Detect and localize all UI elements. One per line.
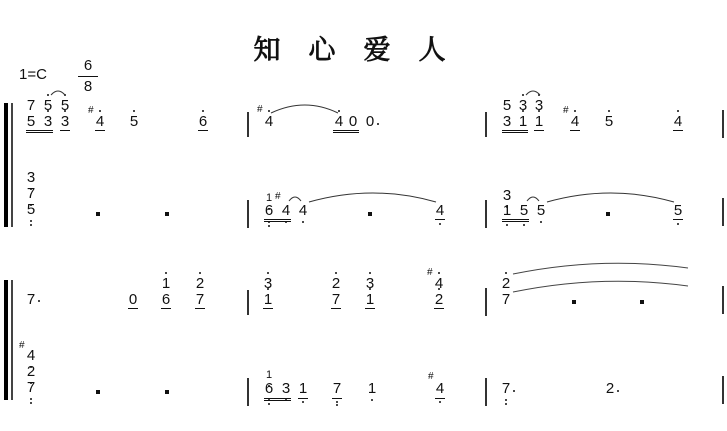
sharp-sign: # (257, 105, 263, 115)
note: 1 (297, 381, 309, 397)
note: 0 (347, 114, 359, 130)
tie (288, 194, 302, 202)
underline (673, 130, 683, 131)
note: 4 (569, 114, 581, 130)
note: 2 (433, 292, 445, 308)
underline (264, 221, 291, 222)
underline (434, 308, 444, 309)
note: 5 (25, 202, 37, 218)
underline (26, 132, 53, 133)
extension-dot (368, 212, 372, 216)
note: 2 (194, 276, 206, 292)
note: 4 (280, 203, 292, 219)
barline (247, 200, 249, 228)
note: 5 (25, 114, 37, 130)
note: 6 (263, 203, 275, 219)
sharp-sign: # (19, 341, 25, 351)
underline (95, 130, 105, 131)
barline (722, 198, 724, 226)
time-signature-line (78, 76, 98, 77)
note: 4 (333, 114, 345, 130)
underline (128, 308, 138, 309)
underline (570, 130, 580, 131)
system-1-bracket (4, 103, 8, 227)
augmentation-dot (617, 390, 619, 392)
note: 1 (501, 203, 513, 219)
tie (512, 262, 690, 276)
note: 7 (25, 186, 37, 202)
note: 2 (330, 276, 342, 292)
barline (247, 290, 249, 315)
note: 5 (672, 203, 684, 219)
note: 7 (500, 292, 512, 308)
time-signature-numerator: 6 (78, 57, 98, 75)
note: 5 (501, 98, 513, 114)
barline (247, 378, 249, 406)
extension-dot (165, 212, 169, 216)
note: 1 (366, 381, 378, 397)
underline (264, 400, 291, 401)
note: 7 (25, 98, 37, 114)
underline (333, 130, 359, 131)
extension-dot (640, 300, 644, 304)
note: 5 (518, 203, 530, 219)
note: 2 (500, 276, 512, 292)
barline (485, 112, 487, 137)
note: 7 (194, 292, 206, 308)
note: 1 (364, 292, 376, 308)
underline (502, 130, 528, 131)
sharp-sign: # (428, 372, 434, 382)
tie (512, 280, 690, 294)
note: 1 (533, 114, 545, 130)
sharp-sign: # (427, 268, 433, 278)
extension-dot (572, 300, 576, 304)
extension-dot (96, 390, 100, 394)
note: 5 (535, 203, 547, 219)
note: 7 (331, 381, 343, 397)
note: 1 (160, 276, 172, 292)
underline (195, 308, 205, 309)
note: 6 (160, 292, 172, 308)
note: 0 (364, 114, 376, 130)
note: 3 (25, 170, 37, 186)
extension-dot (96, 212, 100, 216)
note: 4 (434, 381, 446, 397)
note: 7 (25, 292, 37, 308)
note: 6 (263, 381, 275, 397)
tie (50, 88, 66, 96)
note: 0 (127, 292, 139, 308)
note: 7 (500, 381, 512, 397)
underline (331, 308, 341, 309)
note: 1 (517, 114, 529, 130)
note: 5 (603, 114, 615, 130)
note: 4 (297, 203, 309, 219)
note: 3 (42, 114, 54, 130)
extension-dot (606, 212, 610, 216)
underline (333, 132, 359, 133)
underline (198, 130, 208, 131)
note: 4 (672, 114, 684, 130)
underline (264, 219, 291, 220)
note: 4 (263, 114, 275, 130)
note: 4 (434, 203, 446, 219)
underline (264, 398, 291, 399)
tie (526, 194, 540, 202)
score-title: 知心爱人 (0, 28, 727, 67)
system-2-bracket-thin (11, 280, 13, 400)
system-1-bracket-thin (11, 103, 13, 227)
note: 1 (262, 292, 274, 308)
barline (485, 288, 487, 316)
underline (263, 308, 273, 309)
note: 2 (25, 364, 37, 380)
tie (546, 190, 676, 204)
extension-dot (165, 390, 169, 394)
sharp-sign: # (275, 192, 281, 202)
barline (485, 378, 487, 406)
note: 5 (128, 114, 140, 130)
tie (308, 190, 438, 204)
underline (673, 219, 683, 220)
underline (365, 308, 375, 309)
underline (534, 130, 544, 131)
underline (332, 398, 342, 399)
barline (485, 200, 487, 228)
barline (722, 286, 724, 314)
augmentation-dot (38, 300, 40, 302)
augmentation-dot (513, 390, 515, 392)
note: 6 (197, 114, 209, 130)
time-signature: 6 8 (78, 57, 98, 96)
key-signature: 1=C (19, 66, 47, 83)
barline (722, 110, 724, 138)
note: 4 (94, 114, 106, 130)
underline (60, 130, 70, 131)
time-signature-denominator: 8 (78, 78, 98, 96)
barline (722, 376, 724, 404)
note: 3 (501, 114, 513, 130)
tie (525, 88, 541, 96)
note: 3 (59, 114, 71, 130)
underline (26, 130, 53, 131)
underline (502, 219, 529, 220)
note: 3 (280, 381, 292, 397)
note: 2 (604, 381, 616, 397)
note: 4 (25, 348, 37, 364)
underline (502, 132, 528, 133)
system-2-bracket (4, 280, 8, 400)
sharp-sign: # (563, 106, 569, 116)
underline (502, 221, 529, 222)
underline (298, 398, 308, 399)
tie (270, 103, 340, 115)
underline (435, 398, 445, 399)
augmentation-dot (377, 123, 379, 125)
note: 7 (330, 292, 342, 308)
barline (247, 112, 249, 137)
underline (435, 219, 445, 220)
underline (161, 308, 171, 309)
sharp-sign: # (88, 106, 94, 116)
note: 7 (25, 380, 37, 396)
